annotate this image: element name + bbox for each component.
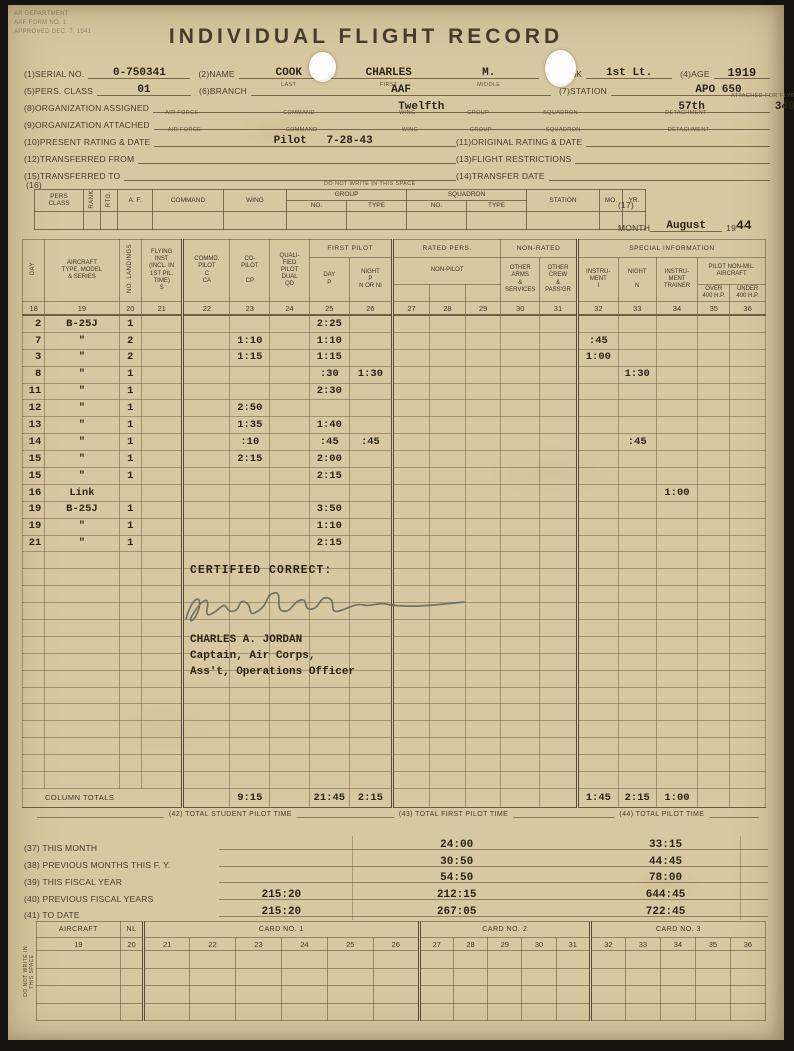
non-pilot-sub-3 (465, 285, 501, 302)
flight-cell-25: 2:00 (309, 451, 349, 468)
flight-cell-34 (656, 451, 698, 468)
flight-cell-31 (540, 603, 578, 620)
col-night-p-header: NIGHT P N OR NI (349, 258, 392, 302)
flight-cell-22 (183, 349, 230, 366)
total-cell-32: 1:45 (577, 788, 618, 807)
col-flying-inst-header: FLYING INST (INCL. IN 1ST PIL. TIME) S (141, 240, 183, 302)
flight-cell-19: " (45, 518, 119, 535)
card-cell (453, 986, 487, 1004)
flight-cell-32 (577, 484, 618, 501)
flight-cell-32 (577, 620, 618, 637)
card-cell (37, 951, 121, 969)
flight-cell-35 (698, 721, 730, 738)
flight-cell-28 (430, 772, 466, 789)
original-rating-field (586, 129, 770, 147)
corner-line-1: AR DEPARTMENT (14, 10, 91, 19)
box16-group: GROUP (287, 190, 407, 201)
flight-cell-35 (698, 484, 730, 501)
col-instrument-header: INSTRU- MENT I (577, 258, 618, 302)
card-column-number-21: 21 (144, 938, 190, 951)
flight-cell-30 (501, 468, 540, 485)
flight-cell-23 (230, 315, 270, 332)
column-totals-label: COLUMN TOTALS (23, 788, 183, 807)
flight-cell-24 (270, 501, 309, 518)
grand-total-value-first_pilot: 24:00 (440, 840, 473, 851)
column-number-28: 28 (430, 302, 466, 316)
flight-cell-24 (270, 755, 309, 772)
flight-cell-22 (183, 315, 230, 332)
flight-cell-36 (730, 484, 766, 501)
flight-cell-25 (309, 484, 349, 501)
flight-cell-34 (656, 755, 698, 772)
card-cell (144, 1003, 190, 1021)
org-attached-label: (9)ORGANIZATION ATTACHED (24, 121, 154, 131)
total-cell-31 (540, 788, 578, 807)
flight-cell-33 (618, 501, 656, 518)
flight-cell-34 (656, 434, 698, 451)
flight-cell-22 (183, 451, 230, 468)
org-assigned-field: Twelfth 57th 340th 487th AIR FORCE COMMA… (153, 95, 770, 113)
flight-cell-35 (698, 636, 730, 653)
flight-cell-24 (270, 468, 309, 485)
flight-cell-35 (698, 552, 730, 569)
column-number-20: 20 (119, 302, 141, 316)
non-pilot-sub-2 (430, 285, 466, 302)
flight-cell-33 (618, 332, 656, 349)
flight-cell-23: 1:10 (230, 332, 270, 349)
flight-cell-23 (230, 484, 270, 501)
flight-cell-31 (540, 772, 578, 789)
flight-cell-31 (540, 552, 578, 569)
flight-cell-24 (270, 434, 309, 451)
flight-cell-18 (23, 670, 45, 687)
flight-cell-19: " (45, 451, 119, 468)
total-cell-35 (698, 788, 730, 807)
flight-cell-21 (141, 738, 183, 755)
flight-cell-18 (23, 636, 45, 653)
column-number-24: 24 (270, 302, 309, 316)
totals-rows: (37) THIS MONTH24:0033:15(38) PREVIOUS M… (24, 836, 770, 920)
box16-number: (16) (26, 181, 42, 190)
flight-cell-30 (501, 603, 540, 620)
flight-cell-26 (349, 383, 392, 400)
flight-cell-28 (430, 721, 466, 738)
flight-cell-33 (618, 417, 656, 434)
present-rating-group: (10)PRESENT RATING & DATE Pilot 7-28-43 (24, 135, 456, 147)
flight-cell-35 (698, 400, 730, 417)
flight-cell-21 (141, 468, 183, 485)
flight-cell-22 (183, 383, 230, 400)
flight-cell-32 (577, 772, 618, 789)
flight-cell-33 (618, 653, 656, 670)
flight-cell-29 (465, 535, 501, 552)
flight-cell-25 (309, 755, 349, 772)
card-table-body (37, 951, 766, 1021)
box16-cell (347, 211, 407, 229)
flight-row: 7"21:101:10:45 (23, 332, 766, 349)
flight-cell-26 (349, 721, 392, 738)
flight-cell-28 (430, 535, 466, 552)
box16-rank: RANK (84, 190, 101, 212)
leader-line (219, 849, 768, 850)
grand-total-value-student: 215:20 (262, 890, 302, 901)
grand-total-value-total: 44:45 (649, 857, 682, 868)
card-no-2-header: CARD NO. 2 (419, 922, 590, 938)
total-cell-30 (501, 788, 540, 807)
flight-cell-18: 7 (23, 332, 45, 349)
card-cell (730, 986, 765, 1004)
col-co-pilot-header: CO- PILOT CP (230, 240, 270, 302)
flight-cell-28 (430, 417, 466, 434)
flight-table-totals: COLUMN TOTALS 9:15 21:45 2:15 1:45 2:15 … (23, 788, 766, 807)
box16-empty-row (35, 211, 646, 229)
flight-cell-28 (430, 332, 466, 349)
column-number-31: 31 (540, 302, 578, 316)
flight-row: 16Link1:00 (23, 484, 766, 501)
name-middle-wrap: M.MIDDLE (439, 67, 539, 78)
box16-rank-text: RANK (89, 190, 96, 209)
flight-cell-26 (349, 501, 392, 518)
flight-cell-30 (501, 670, 540, 687)
flight-cell-30 (501, 451, 540, 468)
card-cell (327, 1003, 373, 1021)
flight-cell-35 (698, 738, 730, 755)
flight-cell-29 (465, 383, 501, 400)
flight-cell-33 (618, 704, 656, 721)
flight-cell-19 (45, 569, 119, 586)
flight-cell-18 (23, 687, 45, 704)
flight-cell-21 (141, 687, 183, 704)
col-other-arms-header: OTHER ARMS & SERVICES (501, 258, 540, 302)
box16-cell (224, 211, 287, 229)
card-header-row: AIRCRAFT NL CARD NO. 1 CARD NO. 2 CARD N… (37, 922, 766, 938)
flight-cell-27 (392, 332, 429, 349)
flight-cell-21 (141, 451, 183, 468)
grand-total-label: (39) THIS FISCAL YEAR (24, 878, 122, 887)
card-column-number-35: 35 (695, 938, 730, 951)
card-cell (419, 1003, 453, 1021)
flight-cell-19: " (45, 535, 119, 552)
card-nl-header: NL (120, 922, 143, 938)
flight-cell-28 (430, 704, 466, 721)
flight-cell-19: Link (45, 484, 119, 501)
non-pilot-header: NON-PILOT (392, 258, 500, 285)
box16-af: A. F. (118, 190, 153, 212)
transfer-date-label: (14)TRANSFER DATE (456, 172, 549, 182)
flight-cell-29 (465, 687, 501, 704)
flight-cell-36 (730, 653, 766, 670)
grand-total-row: (41) TO DATE215:20267:05722:45 (24, 903, 770, 920)
flight-cell-23 (230, 518, 270, 535)
flight-cell-21 (141, 636, 183, 653)
flight-cell-32 (577, 383, 618, 400)
flight-cell-26 (349, 772, 392, 789)
flight-cell-30 (501, 772, 540, 789)
flight-cell-29 (465, 755, 501, 772)
grand-total-value-first_pilot: 54:50 (440, 873, 473, 884)
flight-cell-21 (141, 383, 183, 400)
flight-cell-18: 16 (23, 484, 45, 501)
flight-cell-35 (698, 653, 730, 670)
card-cell (453, 951, 487, 969)
card-table: AIRCRAFT NL CARD NO. 1 CARD NO. 2 CARD N… (36, 921, 766, 1021)
flight-cell-19 (45, 586, 119, 603)
total-pilot-time-label: (44) TOTAL PILOT TIME (614, 811, 709, 818)
pers-class-field: 01 (97, 78, 191, 96)
flight-cell-26 (349, 535, 392, 552)
grand-totals-section: (37) THIS MONTH24:0033:15(38) PREVIOUS M… (24, 836, 770, 920)
flight-cell-22 (183, 772, 230, 789)
card-cell (120, 951, 143, 969)
flight-cell-19: B-25J (45, 501, 119, 518)
grand-total-value-first_pilot: 30:50 (440, 857, 473, 868)
flight-cell-22 (183, 721, 230, 738)
card-cell (660, 986, 695, 1004)
flight-row: 8"1:301:301:30 (23, 366, 766, 383)
column-number-26: 26 (349, 302, 392, 316)
flight-cell-33 (618, 484, 656, 501)
card-cell (660, 951, 695, 969)
flight-cell-34 (656, 653, 698, 670)
empty-flight-row (23, 721, 766, 738)
empty-flight-row (23, 755, 766, 772)
flight-cell-18 (23, 772, 45, 789)
flight-cell-31 (540, 383, 578, 400)
flight-cell-34 (656, 620, 698, 637)
col-landings-header: NO. LANDINGS (119, 240, 141, 302)
flight-row: 15"12:15 (23, 468, 766, 485)
flight-cell-26 (349, 687, 392, 704)
flight-cell-32 (577, 738, 618, 755)
landings-vertical-text: NO. LANDINGS (127, 244, 134, 293)
flight-cell-36 (730, 366, 766, 383)
flight-cell-35 (698, 586, 730, 603)
flight-cell-18: 14 (23, 434, 45, 451)
flight-cell-24 (270, 772, 309, 789)
flight-cell-35 (698, 468, 730, 485)
flight-cell-27 (392, 400, 429, 417)
flight-cell-33 (618, 636, 656, 653)
flight-cell-31 (540, 620, 578, 637)
flight-cell-27 (392, 315, 429, 332)
flight-cell-26 (349, 400, 392, 417)
card-cell (236, 1003, 282, 1021)
flight-cell-32 (577, 704, 618, 721)
flight-cell-28 (430, 468, 466, 485)
card-cell (488, 951, 522, 969)
column-number-25: 25 (309, 302, 349, 316)
flight-cell-26 (349, 704, 392, 721)
flight-cell-33 (618, 755, 656, 772)
flight-cell-29 (465, 332, 501, 349)
flight-cell-21 (141, 704, 183, 721)
flight-cell-28 (430, 501, 466, 518)
card-cell (37, 986, 121, 1004)
grand-total-value-first_pilot: 212:15 (437, 890, 477, 901)
flight-cell-21 (141, 417, 183, 434)
col-aircraft-header: AIRCRAFT TYPE, MODEL & SERIES (45, 240, 119, 302)
flight-cell-34 (656, 468, 698, 485)
flight-cell-33 (618, 349, 656, 366)
flight-cell-30 (501, 434, 540, 451)
flight-cell-32 (577, 468, 618, 485)
flight-cell-34 (656, 586, 698, 603)
flight-table-head: DAY AIRCRAFT TYPE, MODEL & SERIES NO. LA… (23, 240, 766, 316)
pers-class-label: (5)PERS. CLASS (24, 87, 97, 97)
flight-cell-19 (45, 636, 119, 653)
flight-cell-25: 2:25 (309, 315, 349, 332)
transferred-to-group: (15)TRANSFERRED TO (24, 172, 456, 182)
flight-cell-34 (656, 383, 698, 400)
card-cell (522, 968, 556, 986)
flight-cell-18 (23, 738, 45, 755)
name-label: (2)NAME (190, 70, 238, 80)
org-group: 340th (775, 102, 794, 113)
column-numbers-row: 18192021222324252627282930313233343536 (23, 302, 766, 316)
flight-cell-30 (501, 400, 540, 417)
flight-cell-22 (183, 434, 230, 451)
flight-cell-29 (465, 501, 501, 518)
card-cell (590, 951, 625, 969)
flight-cell-23 (230, 383, 270, 400)
flight-cell-28 (430, 315, 466, 332)
flight-cell-22 (183, 332, 230, 349)
flight-cell-20 (119, 755, 141, 772)
flight-cell-20: 1 (119, 383, 141, 400)
flight-cell-20 (119, 670, 141, 687)
flight-cell-33: 1:30 (618, 366, 656, 383)
card-cell (556, 1003, 590, 1021)
card-column-number-29: 29 (488, 938, 522, 951)
flight-cell-30 (501, 366, 540, 383)
flight-cell-24 (270, 400, 309, 417)
card-cell (190, 986, 236, 1004)
flight-cell-23 (230, 704, 270, 721)
card-cell (590, 1003, 625, 1021)
flight-cell-34 (656, 417, 698, 434)
card-cell (281, 1003, 327, 1021)
flight-cell-31 (540, 670, 578, 687)
flight-cell-32 (577, 400, 618, 417)
card-column-number-33: 33 (625, 938, 660, 951)
flight-cell-21 (141, 332, 183, 349)
flight-cell-28 (430, 518, 466, 535)
month-value: August (666, 221, 706, 232)
flight-cell-26 (349, 755, 392, 772)
flight-cell-32 (577, 586, 618, 603)
card-cell (373, 951, 419, 969)
column-number-22: 22 (183, 302, 230, 316)
flight-cell-26: :45 (349, 434, 392, 451)
flight-cell-19 (45, 687, 119, 704)
card-cell (190, 1003, 236, 1021)
flight-cell-34 (656, 552, 698, 569)
card-cell (590, 986, 625, 1004)
line-org-attached: (9)ORGANIZATION ATTACHED AIR FORCE COMMA… (24, 113, 770, 130)
certifier-title-line3: Ass't, Operations Officer (190, 667, 476, 678)
column-number-27: 27 (392, 302, 429, 316)
flight-cell-20: 1 (119, 366, 141, 383)
flight-cell-20 (119, 484, 141, 501)
flight-cell-29 (465, 434, 501, 451)
card-cell (625, 951, 660, 969)
flight-cell-36 (730, 468, 766, 485)
flight-cell-25: 1:40 (309, 417, 349, 434)
flight-cell-34 (656, 518, 698, 535)
card-column-number-24: 24 (281, 938, 327, 951)
card-cell (419, 986, 453, 1004)
flight-cell-32 (577, 755, 618, 772)
flight-cell-36 (730, 332, 766, 349)
card-empty-row (37, 986, 766, 1004)
flight-cell-31 (540, 518, 578, 535)
box16-cell (467, 211, 527, 229)
flight-cell-24 (270, 383, 309, 400)
flight-cell-18: 15 (23, 451, 45, 468)
flight-table-body: 2B-25J12:257"21:101:10:453"21:151:151:00… (23, 315, 766, 788)
flight-cell-25 (309, 772, 349, 789)
line-transferred-to: (15)TRANSFERRED TO (14)TRANSFER DATE (24, 164, 770, 181)
flight-cell-35 (698, 518, 730, 535)
flight-cell-22 (183, 501, 230, 518)
card-column-number-25: 25 (327, 938, 373, 951)
flight-cell-24 (270, 417, 309, 434)
flight-cell-31 (540, 501, 578, 518)
card-cell (120, 986, 143, 1004)
month-block: (17) MONTH August 19 44 (618, 195, 764, 232)
card-cell (695, 1003, 730, 1021)
flight-cell-24 (270, 704, 309, 721)
paper-sheet: AR DEPARTMENT AAF FORM NO. 1 APPROVED DE… (8, 5, 784, 1040)
original-rating-label: (11)ORIGINAL RATING & DATE (456, 138, 586, 148)
card-cell (556, 951, 590, 969)
flight-row: 2B-25J12:25 (23, 315, 766, 332)
certified-correct-heading: CERTIFIED CORRECT: (190, 565, 476, 577)
grand-total-label: (41) TO DATE (24, 911, 80, 920)
card-column-number-36: 36 (730, 938, 765, 951)
grand-total-value-total: 78:00 (649, 873, 682, 884)
flight-cell-20 (119, 603, 141, 620)
flight-cell-25 (309, 704, 349, 721)
flight-cell-21 (141, 653, 183, 670)
flight-cell-29 (465, 468, 501, 485)
line-pers-branch-station: (5)PERS. CLASS 01 (6)BRANCH AAF (7)STATI… (24, 79, 770, 96)
flight-cell-34: 1:00 (656, 484, 698, 501)
flight-cell-36 (730, 400, 766, 417)
flight-cell-20: 1 (119, 518, 141, 535)
flight-cell-26 (349, 484, 392, 501)
flight-cell-32: 1:00 (577, 349, 618, 366)
leader-line (219, 866, 768, 867)
flight-cell-20: 1 (119, 501, 141, 518)
flight-cell-31 (540, 738, 578, 755)
flight-cell-36 (730, 552, 766, 569)
flight-cell-35 (698, 687, 730, 704)
form-title: INDIVIDUAL FLIGHT RECORD (8, 25, 724, 49)
box16-wing: WING (224, 190, 287, 212)
card-cell (373, 986, 419, 1004)
flight-cell-18: 15 (23, 468, 45, 485)
flight-cell-23 (230, 738, 270, 755)
flight-cell-30 (501, 704, 540, 721)
card-cell (695, 951, 730, 969)
column-number-29: 29 (465, 302, 501, 316)
punch-hole-right (545, 50, 576, 87)
flight-cell-21 (141, 484, 183, 501)
flight-cell-31 (540, 636, 578, 653)
flight-cell-25 (309, 721, 349, 738)
flight-cell-36 (730, 603, 766, 620)
